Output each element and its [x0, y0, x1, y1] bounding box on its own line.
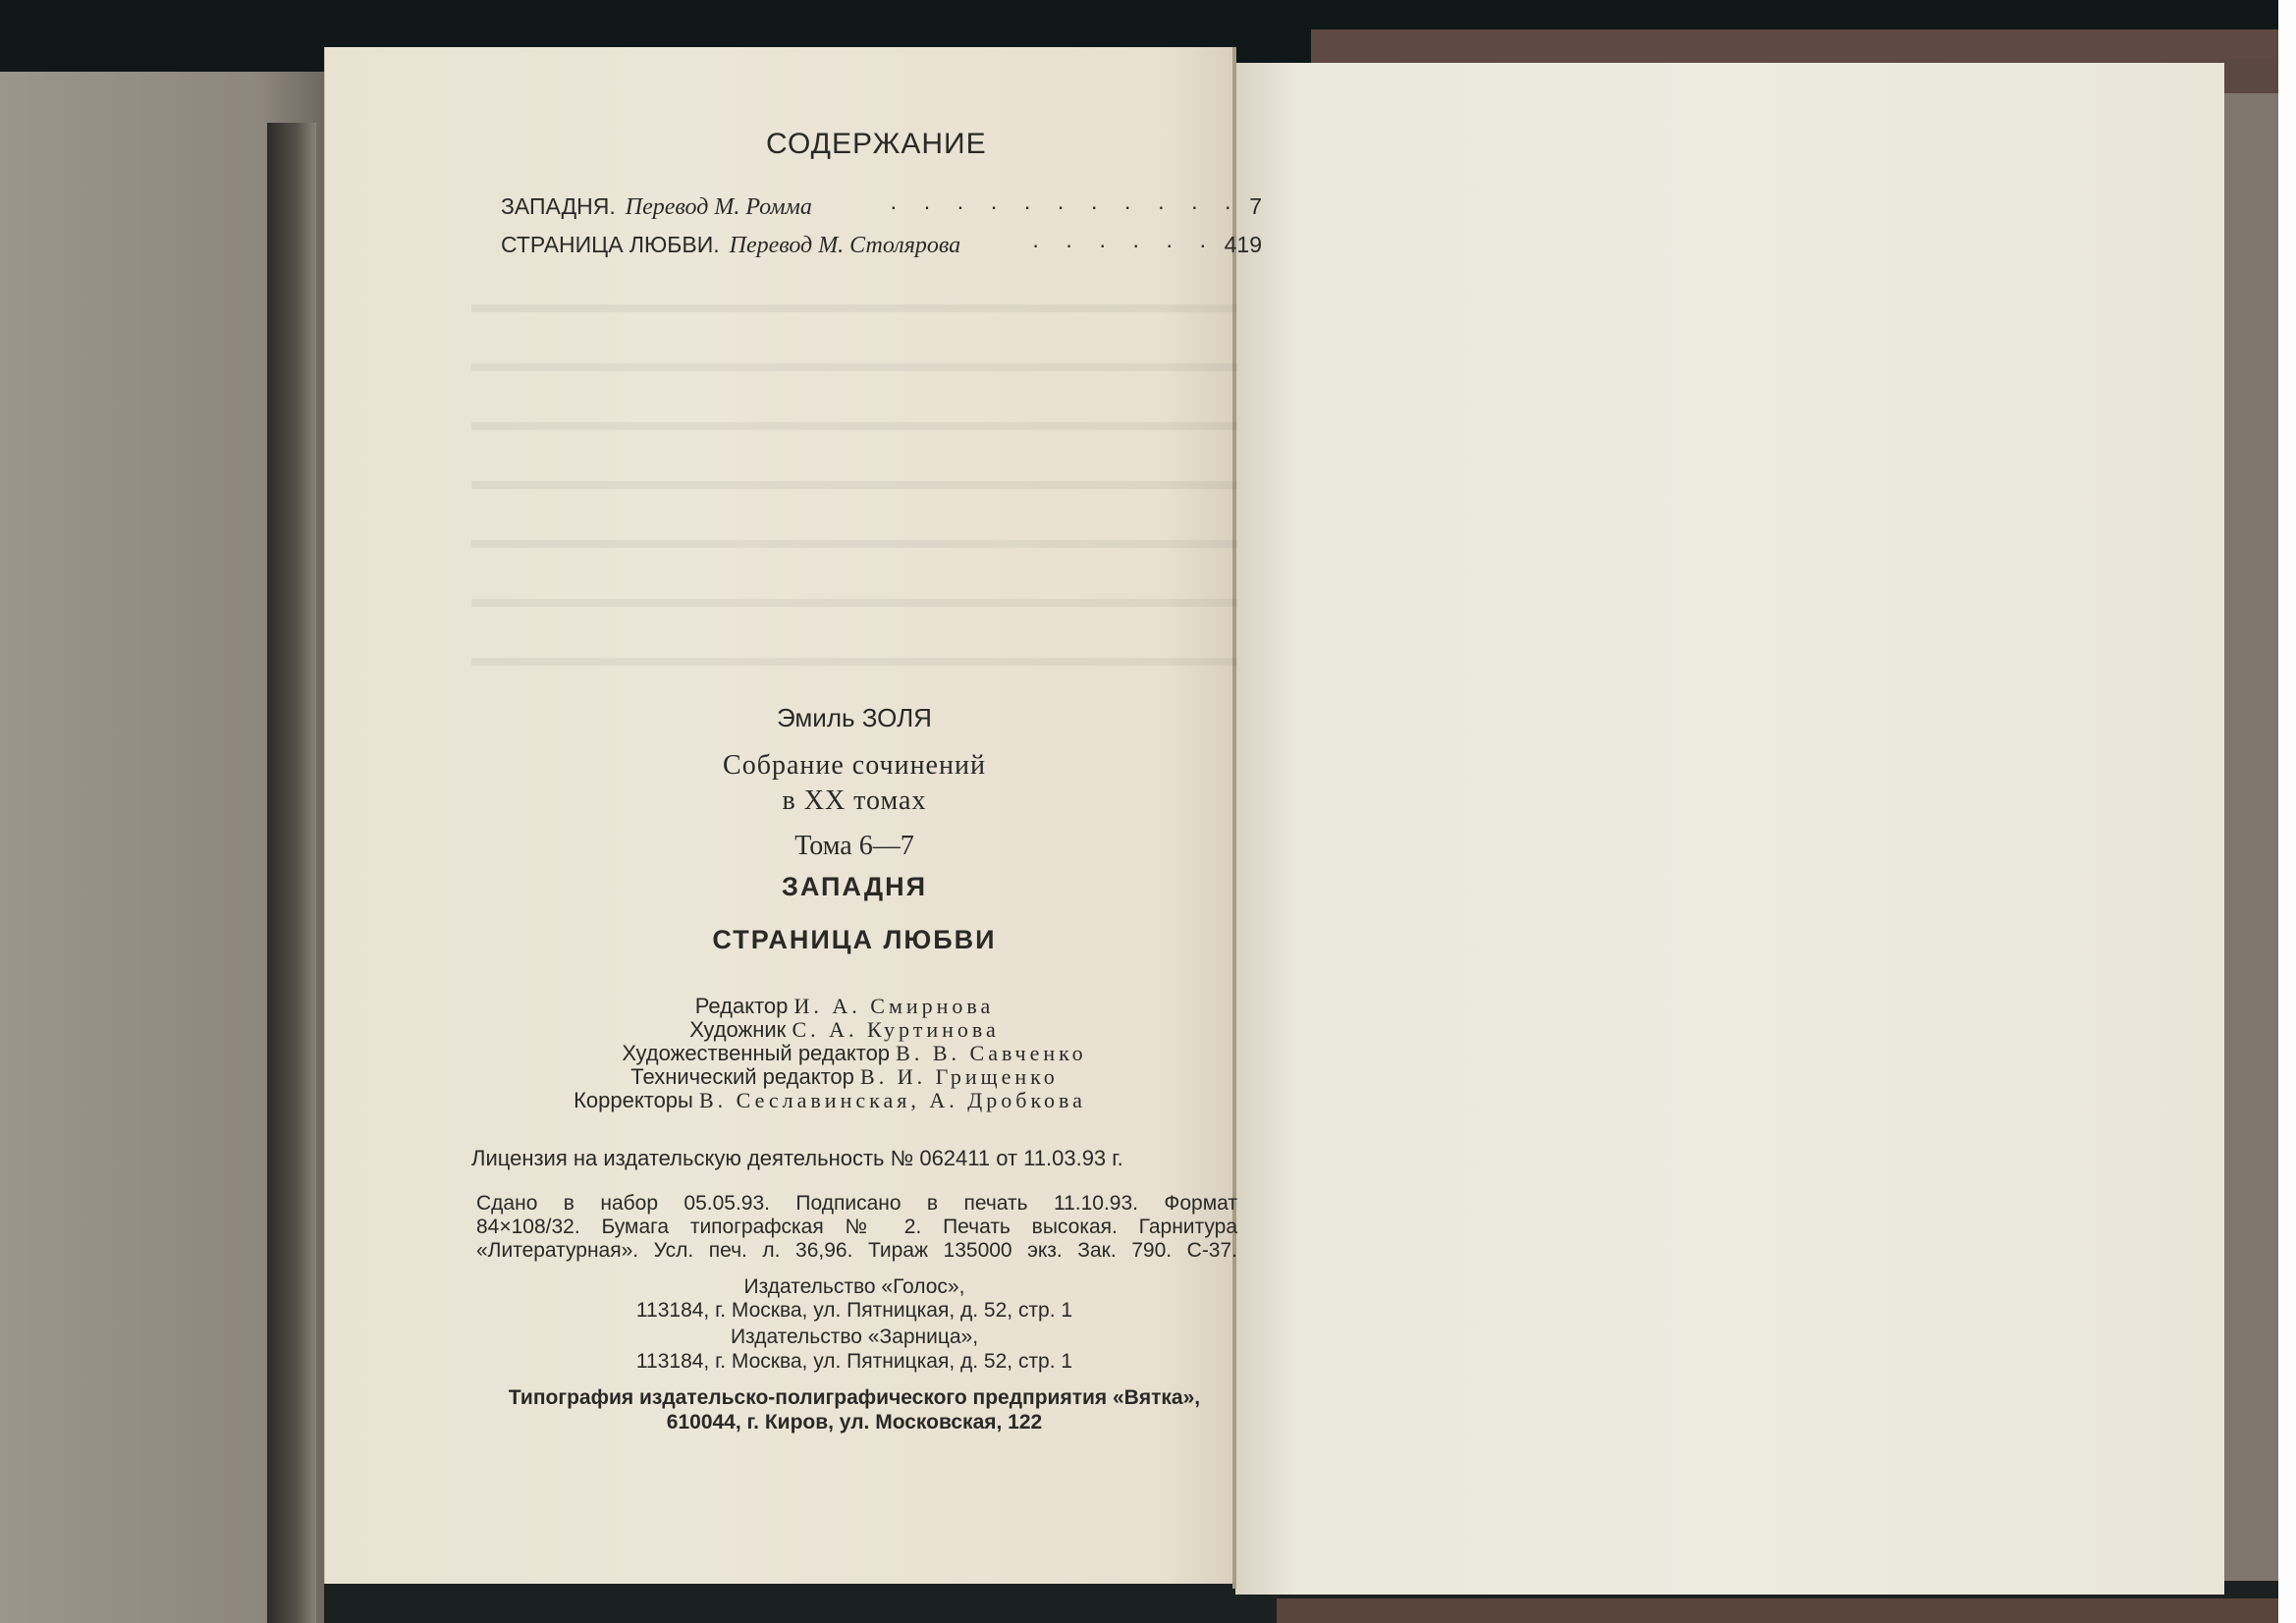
credit-line: Корректоры В. Сеславинская, А. Дробкова — [437, 1088, 1223, 1112]
show-through-text — [471, 540, 1237, 548]
series-title: Собрание сочинений — [462, 750, 1247, 782]
credit-line: Технический редактор В. И. Грищенко — [452, 1064, 1237, 1089]
toc-leader-dots: · · · · · · — [960, 232, 1224, 258]
credit-role: Редактор — [695, 994, 789, 1018]
credit-name: В. Сеславинская, А. Дробкова — [699, 1088, 1086, 1112]
publisher-address: 113184, г. Москва, ул. Пятницкая, д. 52,… — [462, 1299, 1247, 1323]
work-title-2: СТРАНИЦА ЛЮБВИ — [462, 925, 1247, 955]
right-page-blank — [1235, 63, 2224, 1595]
show-through-text — [471, 599, 1237, 607]
credit-role: Художественный редактор — [622, 1041, 890, 1065]
toc-entry-title: СТРАНИЦА ЛЮБВИ. — [501, 232, 720, 258]
credit-role: Художник — [689, 1017, 786, 1042]
imprint-line: 84×108/32. Бумага типографская № 2. Печа… — [476, 1216, 1237, 1239]
printer-name: Типография издательско-полиграфического … — [462, 1386, 1247, 1410]
credit-line: Редактор И. А. Смирнова — [452, 994, 1237, 1018]
volume-numbers: Тома 6—7 — [462, 831, 1247, 862]
publisher-name: Издательство «Зарница», — [462, 1325, 1247, 1349]
toc-entry-page: 419 — [1225, 232, 1262, 258]
toc-title: СОДЕРЖАНИЕ — [766, 128, 987, 161]
show-through-text — [471, 422, 1237, 430]
scan-margin — [2278, 0, 2296, 1623]
show-through-text — [471, 363, 1237, 371]
book-cover-right-edge — [2224, 93, 2281, 1586]
author-name: Эмиль ЗОЛЯ — [462, 703, 1247, 733]
toc-entry: СТРАНИЦА ЛЮБВИ. Перевод М. Столярова · ·… — [501, 232, 1262, 259]
imprint-line: «Литературная». Усл. печ. л. 36,96. Тира… — [476, 1239, 1237, 1263]
credit-line: Художник С. А. Куртинова — [452, 1017, 1237, 1042]
credit-line: Художественный редактор В. В. Савченко — [462, 1041, 1247, 1065]
series-subtitle: в XX томах — [462, 785, 1247, 817]
publisher-name: Издательство «Голос», — [462, 1275, 1247, 1299]
license-line: Лицензия на издательскую деятельность № … — [471, 1146, 1123, 1171]
credit-name: В. И. Грищенко — [860, 1064, 1059, 1089]
imprint-line: Сдано в набор 05.05.93. Подписано в печа… — [476, 1192, 1237, 1216]
credit-name: И. А. Смирнова — [794, 994, 995, 1018]
work-title-1: ЗАПАДНЯ — [462, 872, 1247, 902]
show-through-text — [471, 304, 1237, 312]
credit-role: Корректоры — [574, 1088, 693, 1112]
publisher-address: 113184, г. Москва, ул. Пятницкая, д. 52,… — [462, 1350, 1247, 1374]
printer-address: 610044, г. Киров, ул. Московская, 122 — [462, 1411, 1247, 1434]
show-through-text — [471, 481, 1237, 489]
book-board-left — [267, 123, 316, 1623]
show-through-text — [471, 658, 1237, 666]
book-cover-bottom-edge — [1277, 1598, 2278, 1623]
toc-entry-translator: Перевод М. Столярова — [730, 233, 961, 259]
toc-entry-title: ЗАПАДНЯ. — [501, 193, 616, 220]
toc-entry: ЗАПАДНЯ. Перевод М. Ромма · · · · · · · … — [501, 193, 1262, 221]
credit-name: В. В. Савченко — [896, 1041, 1087, 1065]
credit-name: С. А. Куртинова — [792, 1017, 999, 1042]
toc-entry-page: 7 — [1249, 193, 1262, 220]
toc-entry-translator: Перевод М. Ромма — [626, 194, 812, 221]
toc-leader-dots: · · · · · · · · · · · — [812, 193, 1249, 220]
credit-role: Технический редактор — [630, 1064, 854, 1089]
